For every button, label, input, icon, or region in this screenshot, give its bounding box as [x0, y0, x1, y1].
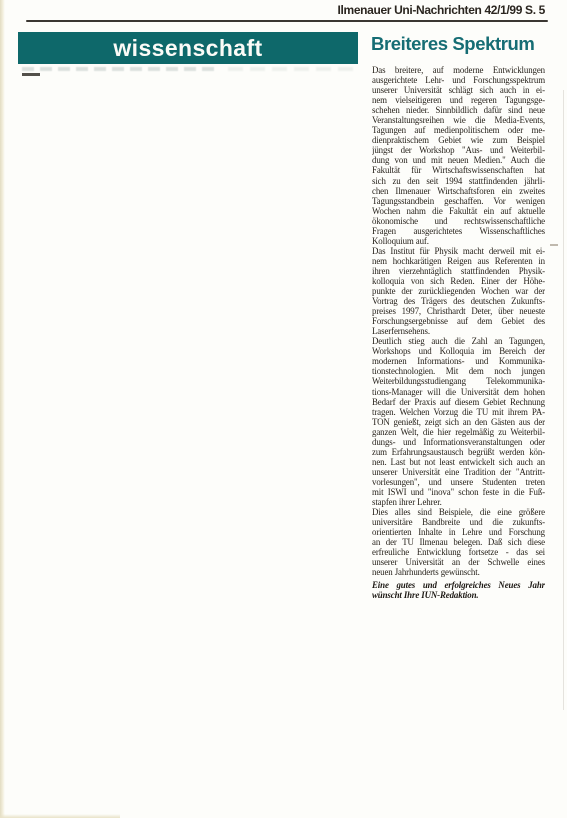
- text-line: modernen Informations- und Kommunika-: [372, 356, 545, 366]
- text-line: dung von und mit neuen Medien." Auch die: [372, 155, 545, 165]
- text-line: Tagungen auf medienpolitischem oder me-: [372, 125, 545, 135]
- text-line: zum Erfahrungsaustausch begrüßt werden k…: [372, 447, 545, 457]
- text-line: Fragen ausgerichtetes Wissenschaftliches: [372, 226, 545, 236]
- text-line: Vortrag des Trägers des deutschen Zukunf…: [372, 296, 545, 306]
- text-line: schehen nieder. Sinnbildlich dafür sind …: [372, 105, 545, 115]
- text-line: ihren vierzehntäglich stattfindenden Phy…: [372, 266, 545, 276]
- text-line: ausgerichtete Lehr- und Forschungsspektr…: [372, 75, 545, 85]
- margin-tick: [550, 244, 558, 246]
- text-line: Kolloquium auf.: [372, 236, 545, 246]
- article-title: Breiteres Spektrum: [371, 34, 534, 54]
- text-line: erfreuliche Entwicklung fortsetze - das …: [372, 547, 545, 557]
- text-line: Eine gutes und erfolgreiches Neues Jahr: [372, 580, 545, 590]
- scanned-newsletter-page: Ilmenauer Uni-Nachrichten 42/1/99 S. 5 w…: [0, 0, 567, 818]
- masthead: Ilmenauer Uni-Nachrichten 42/1/99 S. 5: [125, 3, 545, 17]
- masthead-rule: [26, 20, 548, 22]
- text-line: Wochen nahm die Fakultät ein auf aktuell…: [372, 206, 545, 216]
- paragraph: Das Institut für Physik macht derweil mi…: [372, 246, 545, 336]
- text-line: wünscht Ihre IUN-Redaktion.: [372, 590, 545, 600]
- section-banner: wissenschaft: [18, 32, 358, 64]
- text-line: Das Institut für Physik macht derweil mi…: [372, 246, 545, 256]
- text-line: Tagungsstandbein geschaffen. Vor wenigen: [372, 196, 545, 206]
- text-line: sich zu den seit 1994 stattfindenden jäh…: [372, 176, 545, 186]
- text-line: ökonomische und rechtswissenschaftliche: [372, 216, 545, 226]
- text-line: Weiterbildungsstudiengang Telekommunika-: [372, 376, 545, 386]
- section-banner-label: wissenschaft: [113, 37, 262, 60]
- text-line: unserer Universität eine Tradition der "…: [372, 467, 545, 477]
- text-line: Bedarf der Praxis auf diesem Gebiet Rech…: [372, 397, 545, 407]
- text-line: chen Ilmenauer Wirtschaftsforen ein zwei…: [372, 186, 545, 196]
- text-line: preises 1997, Christhardt Deter, über ne…: [372, 306, 545, 316]
- text-line: nem hochkarätigen Reigen aus Referenten …: [372, 256, 545, 266]
- text-line: unserer Universität schlägt sich auch in…: [372, 85, 545, 95]
- text-line: universitäre Bandbreite und die zukunfts…: [372, 517, 545, 527]
- text-line: vorlesungen", und unsere Studenten trete…: [372, 477, 545, 487]
- print-bleedthrough: [228, 67, 353, 71]
- text-line: dienpraktischem Gebiet wie zum Beispiel: [372, 135, 545, 145]
- paragraph: Dies alles sind Beispiele, die eine größ…: [372, 507, 545, 577]
- text-line: punkte der zurückliegenden Wochen war de…: [372, 286, 545, 296]
- scan-line-right: [563, 90, 564, 710]
- text-line: tions-Manager will die Universität dem h…: [372, 387, 545, 397]
- text-line: mit ISWI und "inova" schon feste in die …: [372, 487, 545, 497]
- text-line: tionstechnologien. Mit dem noch jungen: [372, 366, 545, 376]
- text-line: Deutlich stieg auch die Zahl an Tagungen…: [372, 336, 545, 346]
- paragraph: Eine gutes und erfolgreiches Neues Jahrw…: [372, 580, 545, 600]
- text-line: Fakultät für Wirtschaftswissenschaften h…: [372, 165, 545, 175]
- text-line: orientierten Inhalte in Lehre und Forsch…: [372, 527, 545, 537]
- text-line: nem vielseitigeren und regeren Tagungsge…: [372, 95, 545, 105]
- article-closing: Eine gutes und erfolgreiches Neues Jahrw…: [372, 580, 545, 600]
- article-body: Das breitere, auf moderne Entwicklungena…: [372, 65, 545, 577]
- text-line: dungs- und Informationsveranstaltungen o…: [372, 437, 545, 447]
- margin-dash: [22, 73, 40, 76]
- text-line: an der TU Ilmenau belegen. Daß sich dies…: [372, 537, 545, 547]
- text-line: nen. Last but not least entwickelt sich …: [372, 457, 545, 467]
- scan-edge-left: [0, 0, 5, 818]
- text-line: ganzen Welt, die hier regelmäßig zu Weit…: [372, 427, 545, 437]
- text-line: Veranstaltungsreihen wie die Media-Event…: [372, 115, 545, 125]
- text-line: tragen. Welchen Vorzug die TU mit ihrem …: [372, 407, 545, 417]
- scan-sliver-bottom: [0, 814, 120, 818]
- text-line: jüngst der Workshop "Aus- und Weiterbil-: [372, 145, 545, 155]
- text-line: stapfen ihrer Lehrer.: [372, 497, 545, 507]
- text-line: kolloquia von sich Reden. Einer der Höhe…: [372, 276, 545, 286]
- text-line: Laserfernsehens.: [372, 326, 545, 336]
- paragraph: Das breitere, auf moderne Entwicklungena…: [372, 65, 545, 246]
- text-line: TON genießt, zeigt sich an den Gästen au…: [372, 417, 545, 427]
- text-line: Forschungsergebnisse auf dem Gebiet des: [372, 316, 545, 326]
- text-line: Dies alles sind Beispiele, die eine größ…: [372, 507, 545, 517]
- paragraph: Deutlich stieg auch die Zahl an Tagungen…: [372, 336, 545, 507]
- text-line: Workshops und Kolloquia im Bereich der: [372, 346, 545, 356]
- print-bleedthrough: [22, 67, 217, 71]
- text-line: unserer Universität an der Schwelle eine…: [372, 557, 545, 567]
- text-line: Das breitere, auf moderne Entwicklungen: [372, 65, 545, 75]
- text-line: neuen Jahrhunderts gewünscht.: [372, 567, 545, 577]
